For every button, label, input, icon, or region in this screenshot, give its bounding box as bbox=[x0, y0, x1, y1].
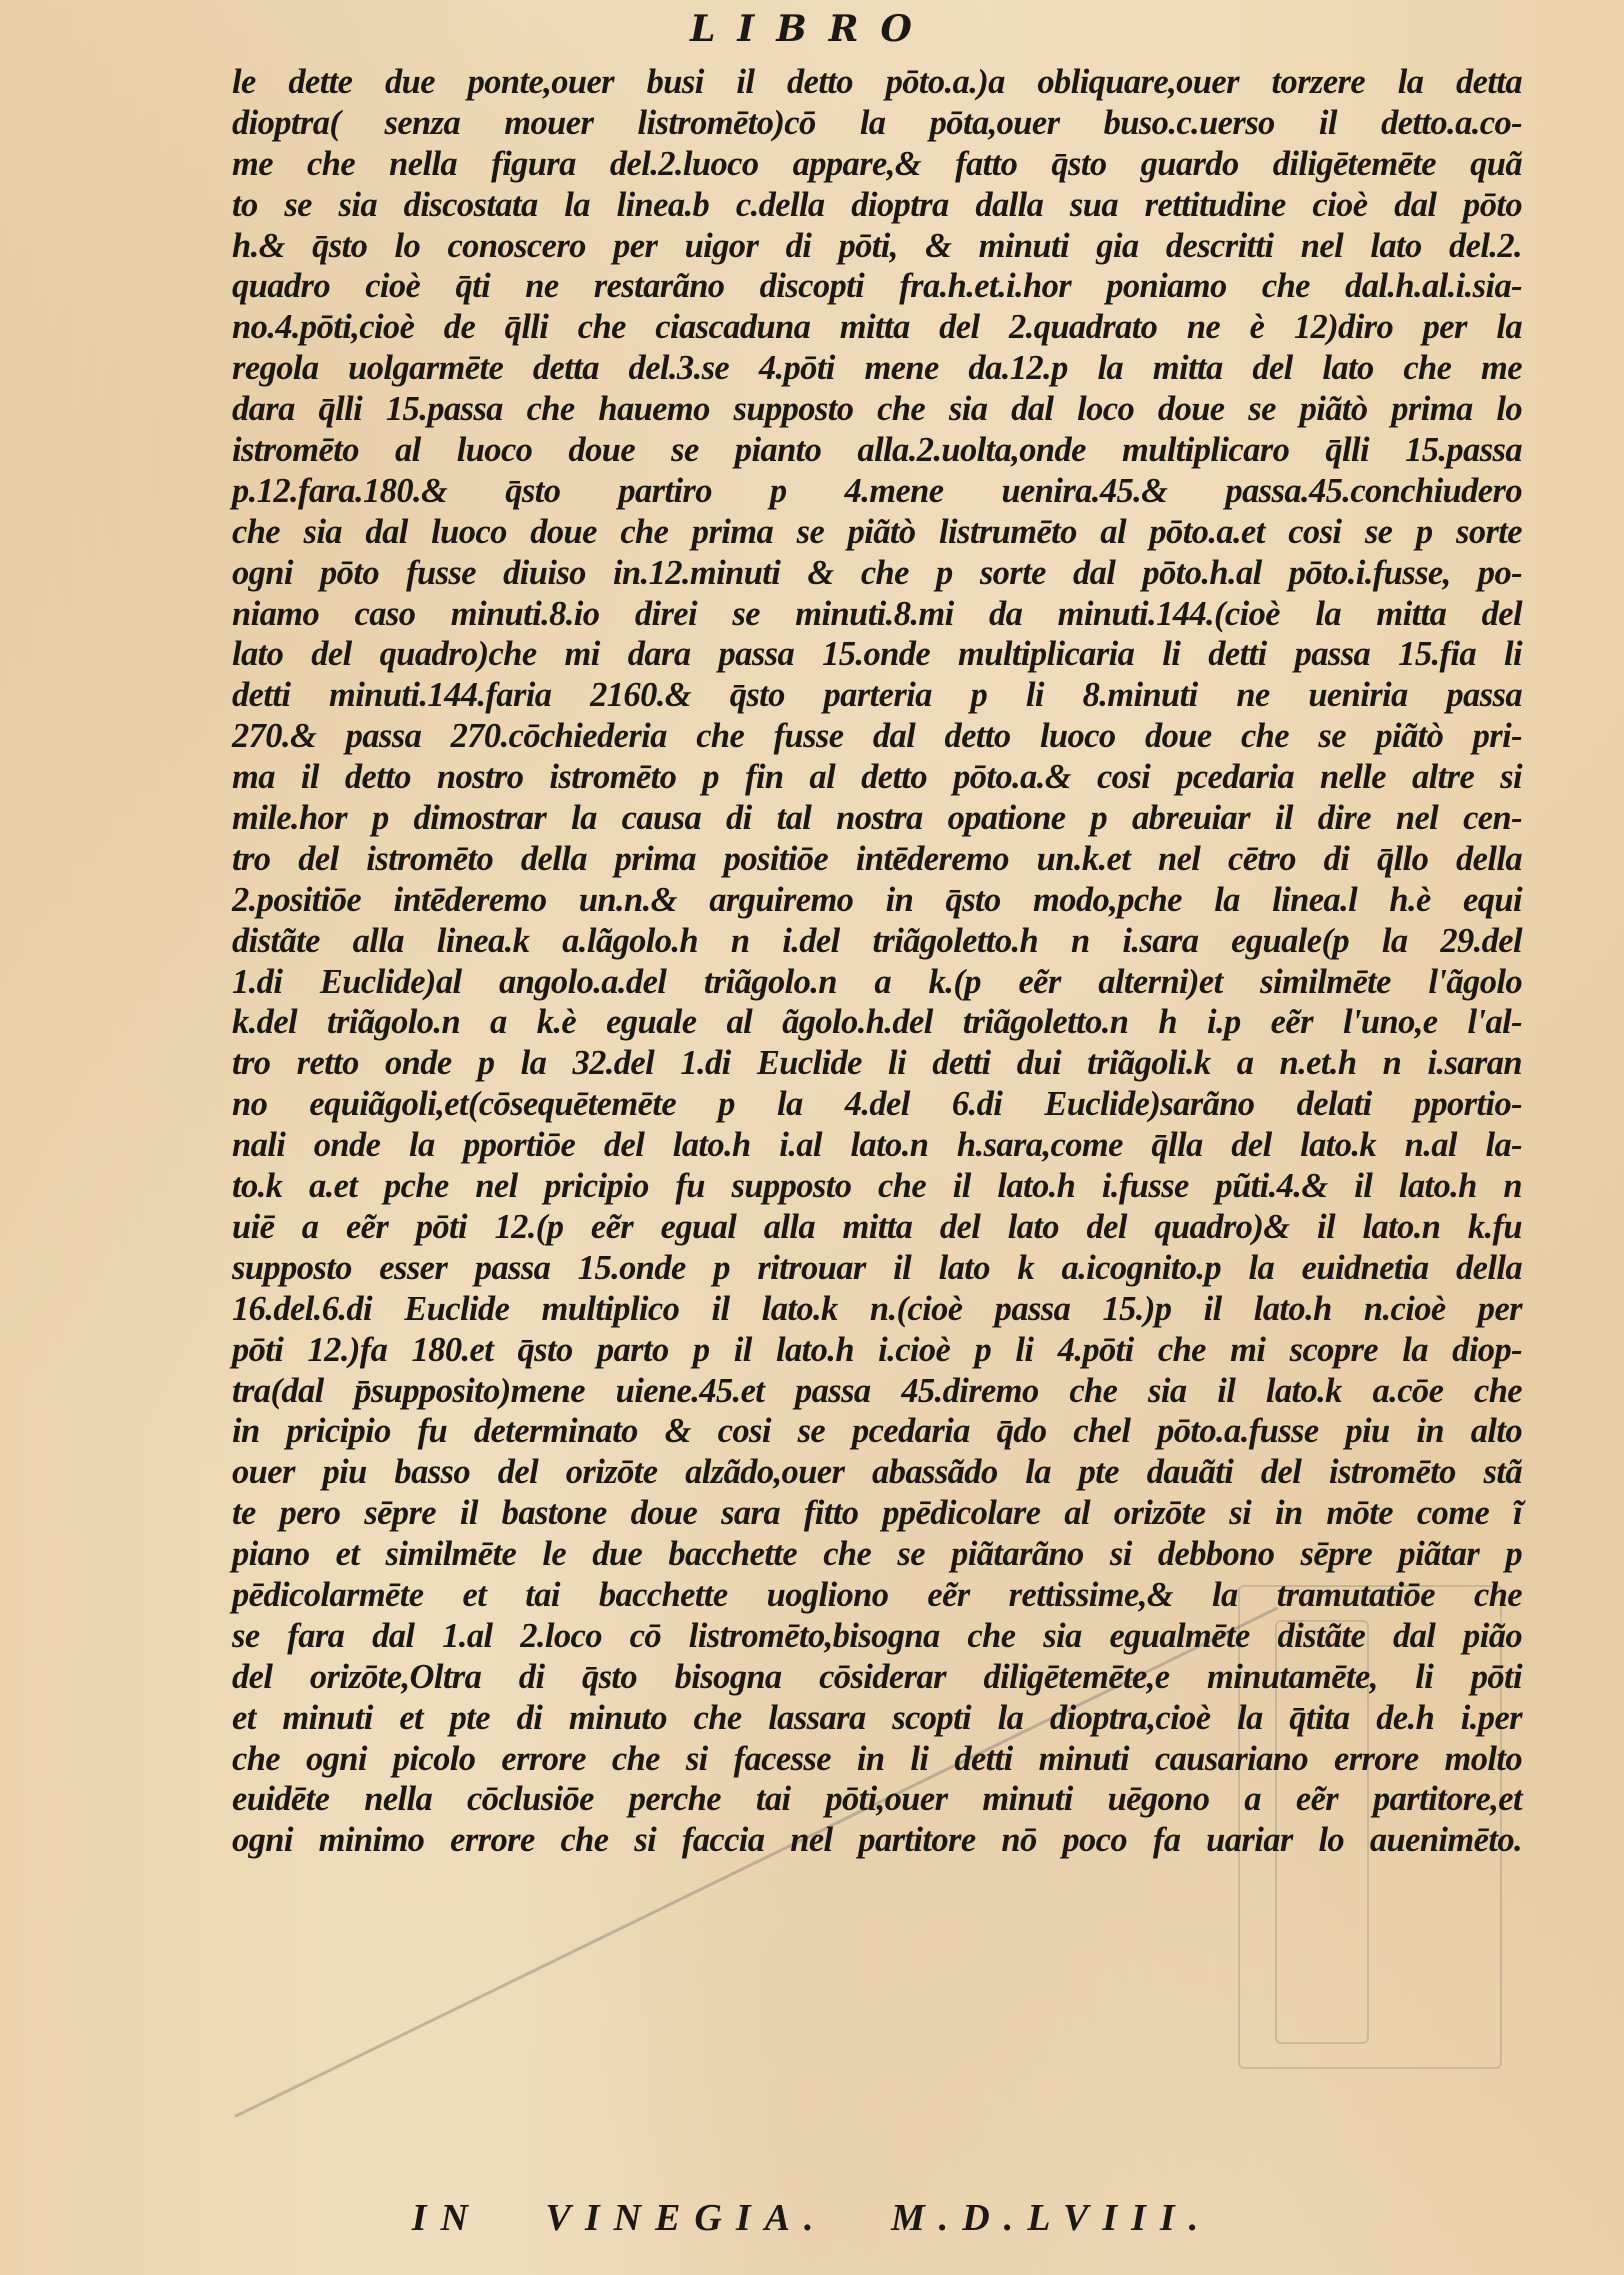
text-line: dara q̄lli 15.passa che hauemo supposto … bbox=[232, 389, 1522, 430]
text-line: p.12.fara.180.& q̄sto partiro p 4.mene u… bbox=[232, 471, 1522, 512]
colophon-imprint: IN VINEGIA. M.D.LVIII. bbox=[0, 2196, 1624, 2240]
text-line: detti minuti.144.faria 2160.& q̄sto part… bbox=[232, 675, 1522, 716]
text-line: che sia dal luoco doue che prima se piãt… bbox=[232, 512, 1522, 553]
text-line: istromēto al luoco doue se pianto alla.2… bbox=[232, 430, 1522, 471]
text-line: no.4.pōti,cioè de q̄lli che ciascaduna m… bbox=[232, 307, 1522, 348]
text-line: ogni minimo errore che si faccia nel par… bbox=[232, 1820, 1522, 1861]
text-line: tro retto onde p la 32.del 1.di Euclide … bbox=[232, 1043, 1522, 1084]
text-line: in pricipio fu determinato & cosi se pce… bbox=[232, 1411, 1522, 1452]
body-text: le dette due ponte,ouer busi il detto pō… bbox=[232, 62, 1522, 1861]
text-line: del orizōte,Oltra di q̄sto bisogna cōsid… bbox=[232, 1657, 1522, 1698]
text-line: dioptra( senza mouer listromēto)cō la pō… bbox=[232, 103, 1522, 144]
text-line: uiē a eẽr pōti 12.(p eẽr egual alla mitt… bbox=[232, 1207, 1522, 1248]
text-line: quadro cioè q̄ti ne restarãno discopti f… bbox=[232, 266, 1522, 307]
running-head: LIBRO bbox=[0, 8, 1624, 50]
text-line: tra(dal p̄supposito)mene uiene.45.et pas… bbox=[232, 1371, 1522, 1412]
text-line: no equiãgoli,et(cōsequētemēte p la 4.del… bbox=[232, 1084, 1522, 1125]
text-line: 270.& passa 270.cōchiederia che fusse da… bbox=[232, 716, 1522, 757]
text-line: h.& q̄sto lo conoscero per uigor di pōti… bbox=[232, 226, 1522, 267]
text-line: ogni pōto fusse diuiso in.12.minuti & ch… bbox=[232, 553, 1522, 594]
text-line: k.del triãgolo.n a k.è eguale al ãgolo.h… bbox=[232, 1002, 1522, 1043]
text-line: euidēte nella cōclusiōe perche tai pōti,… bbox=[232, 1779, 1522, 1820]
text-line: supposto esser passa 15.onde p ritrouar … bbox=[232, 1248, 1522, 1289]
text-line: regola uolgarmēte detta del.3.se 4.pōti … bbox=[232, 348, 1522, 389]
text-line: 2.positiōe intēderemo un.n.& arguiremo i… bbox=[232, 880, 1522, 921]
text-line: piano et similmēte le due bacchette che … bbox=[232, 1534, 1522, 1575]
text-line: le dette due ponte,ouer busi il detto pō… bbox=[232, 62, 1522, 103]
text-line: ouer piu basso del orizōte alzãdo,ouer a… bbox=[232, 1452, 1522, 1493]
text-line: te pero sēpre il bastone doue sara fitto… bbox=[232, 1493, 1522, 1534]
text-line: et minuti et pte di minuto che lassara s… bbox=[232, 1698, 1522, 1739]
text-line: ma il detto nostro istromēto p fin al de… bbox=[232, 757, 1522, 798]
text-line: pēdicolarmēte et tai bacchette uogliono … bbox=[232, 1575, 1522, 1616]
text-line: me che nella figura del.2.luoco appare,&… bbox=[232, 144, 1522, 185]
text-line: lato del quadro)che mi dara passa 15.ond… bbox=[232, 634, 1522, 675]
text-line: distãte alla linea.k a.lãgolo.h n i.del … bbox=[232, 921, 1522, 962]
text-line: 1.di Euclide)al angolo.a.del triãgolo.n … bbox=[232, 962, 1522, 1003]
text-line: pōti 12.)fa 180.et q̄sto parto p il lato… bbox=[232, 1330, 1522, 1371]
text-line: tro del istromēto della prima positiōe i… bbox=[232, 839, 1522, 880]
text-line: che ogni picolo errore che si facesse in… bbox=[232, 1739, 1522, 1780]
text-line: mile.hor p dimostrar la causa di tal nos… bbox=[232, 798, 1522, 839]
text-line: niamo caso minuti.8.io direi se minuti.8… bbox=[232, 594, 1522, 635]
text-line: to se sia discostata la linea.b c.della … bbox=[232, 185, 1522, 226]
text-line: 16.del.6.di Euclide multiplico il lato.k… bbox=[232, 1289, 1522, 1330]
book-page: LIBRO le dette due ponte,ouer busi il de… bbox=[0, 0, 1624, 2275]
text-line: nali onde la pportiōe del lato.h i.al la… bbox=[232, 1125, 1522, 1166]
text-line: se fara dal 1.al 2.loco cō listromēto,bi… bbox=[232, 1616, 1522, 1657]
text-line: to.k a.et pche nel pricipio fu supposto … bbox=[232, 1166, 1522, 1207]
